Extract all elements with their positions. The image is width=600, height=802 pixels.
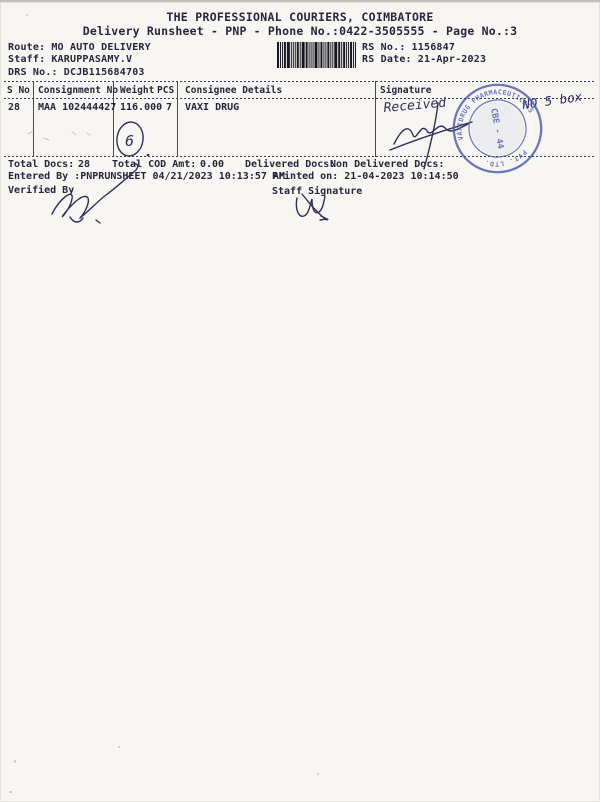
paper-speck (317, 773, 319, 775)
verified-by-signature (52, 164, 138, 223)
circled-pcs-mark: 6 (115, 120, 150, 157)
staff-signature-mark (296, 194, 327, 220)
pencil-marks (28, 131, 90, 140)
paper-speck (118, 746, 120, 748)
paper-speck (26, 14, 28, 16)
paper-speck (9, 791, 12, 793)
pcs-mark-digit: 6 (125, 132, 134, 150)
pharmacy-stamp: VAXIDRUG PHARMACEUTICALS PVT. LTD. CBE -… (450, 81, 545, 176)
runsheet-document: THE PROFESSIONAL COURIERS, COIMBATORE De… (0, 0, 600, 802)
paper-speck (14, 760, 16, 763)
